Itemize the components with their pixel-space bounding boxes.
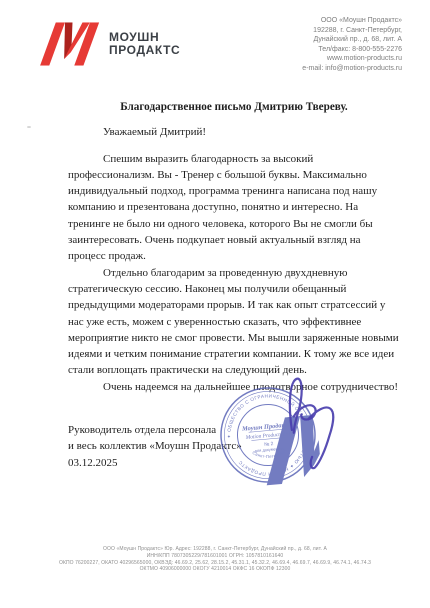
logo-word-2: ПРОДАКТС — [109, 44, 180, 58]
footer-line: ОКТМО 40906000000 ОКОГУ 4210014 ОКФС 16 … — [10, 566, 420, 573]
address-line: Тел/факс: 8-800-555-2276 — [302, 45, 402, 55]
letterhead: МОУШН ПРОДАКТС ООО «Моушн Продактс» 1922… — [40, 16, 402, 74]
company-logo-text: МОУШН ПРОДАКТС — [109, 31, 180, 58]
address-line: www.motion-products.ru — [302, 54, 402, 64]
address-line: Дунайский пр., д. 68, лит. А — [302, 35, 402, 45]
paragraph-1: Спешим выразить благодарность за высокий… — [68, 151, 400, 265]
company-logo: МОУШН ПРОДАКТС — [40, 22, 180, 66]
footer-line: ООО «Моушн Продактс» Юр. Адрес: 192288, … — [10, 546, 420, 553]
address-line: e-mail: info@motion-products.ru — [302, 64, 402, 74]
scan-speck — [27, 126, 31, 128]
company-address-block: ООО «Моушн Продактс» 192288, г. Санкт-Пе… — [302, 16, 402, 74]
footer-line: ИНН/КПП 7807305229/781601001 ОГРН: 10578… — [10, 553, 420, 560]
letter-title: Благодарственное письмо Дмитрию Твереву. — [68, 99, 400, 115]
motion-m-icon — [40, 22, 100, 66]
letter-page: МОУШН ПРОДАКТС ООО «Моушн Продактс» 1922… — [0, 0, 430, 608]
logo-word-1: МОУШН — [109, 31, 180, 45]
footer-requisites: ООО «Моушн Продактс» Юр. Адрес: 192288, … — [10, 546, 420, 573]
address-line: ООО «Моушн Продактс» — [302, 16, 402, 26]
paragraph-2: Отдельно благодарим за проведенную двухд… — [68, 265, 400, 379]
handwritten-signature — [283, 374, 345, 480]
footer-line: ОКПО 76200227, ОКАТО 40296565000, ОКВЭД:… — [10, 560, 420, 567]
salutation: Уважаемый Дмитрий! — [68, 124, 400, 140]
address-line: 192288, г. Санкт-Петербург, — [302, 26, 402, 36]
